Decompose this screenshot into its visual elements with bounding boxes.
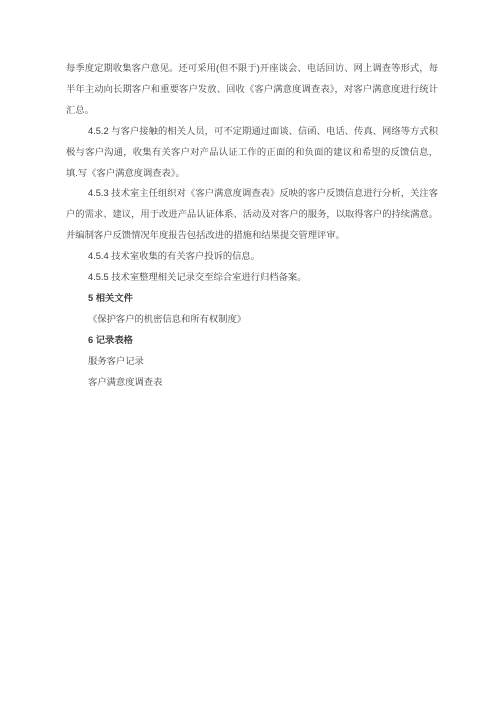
paragraph-referenced-document: 《保护客户的机密信息和所有权制度》 — [66, 309, 438, 330]
section-heading-related-documents: 5 相关文件 — [66, 288, 438, 309]
paragraph-4-5-2: 4.5.2 与客户接触的相关人员，可不定期通过面谈、信函、电话、传真、网络等方式… — [66, 121, 438, 184]
document-body: 每季度定期收集客户意见。还可采用(但不限于)开座谈会、电话回访、网上调查等形式，… — [66, 58, 438, 393]
section-heading-record-forms: 6 记录表格 — [66, 330, 438, 351]
paragraph-4-5-5: 4.5.5 技术室整理相关记录交至综合室进行归档备案。 — [66, 267, 438, 288]
paragraph-4-5-3: 4.5.3 技术室主任组织对《客户满意度调查表》反映的客户反馈信息进行分析，关注… — [66, 183, 438, 246]
paragraph-continuation: 每季度定期收集客户意见。还可采用(但不限于)开座谈会、电话回访、网上调查等形式，… — [66, 58, 438, 121]
paragraph-record-form-service-log: 服务客户记录 — [66, 351, 438, 372]
paragraph-4-5-4: 4.5.4 技术室收集的有关客户投诉的信息。 — [66, 246, 438, 267]
document-page: 每季度定期收集客户意见。还可采用(但不限于)开座谈会、电话回访、网上调查等形式，… — [0, 0, 500, 707]
paragraph-record-form-satisfaction-survey: 客户满意度调查表 — [66, 372, 438, 393]
